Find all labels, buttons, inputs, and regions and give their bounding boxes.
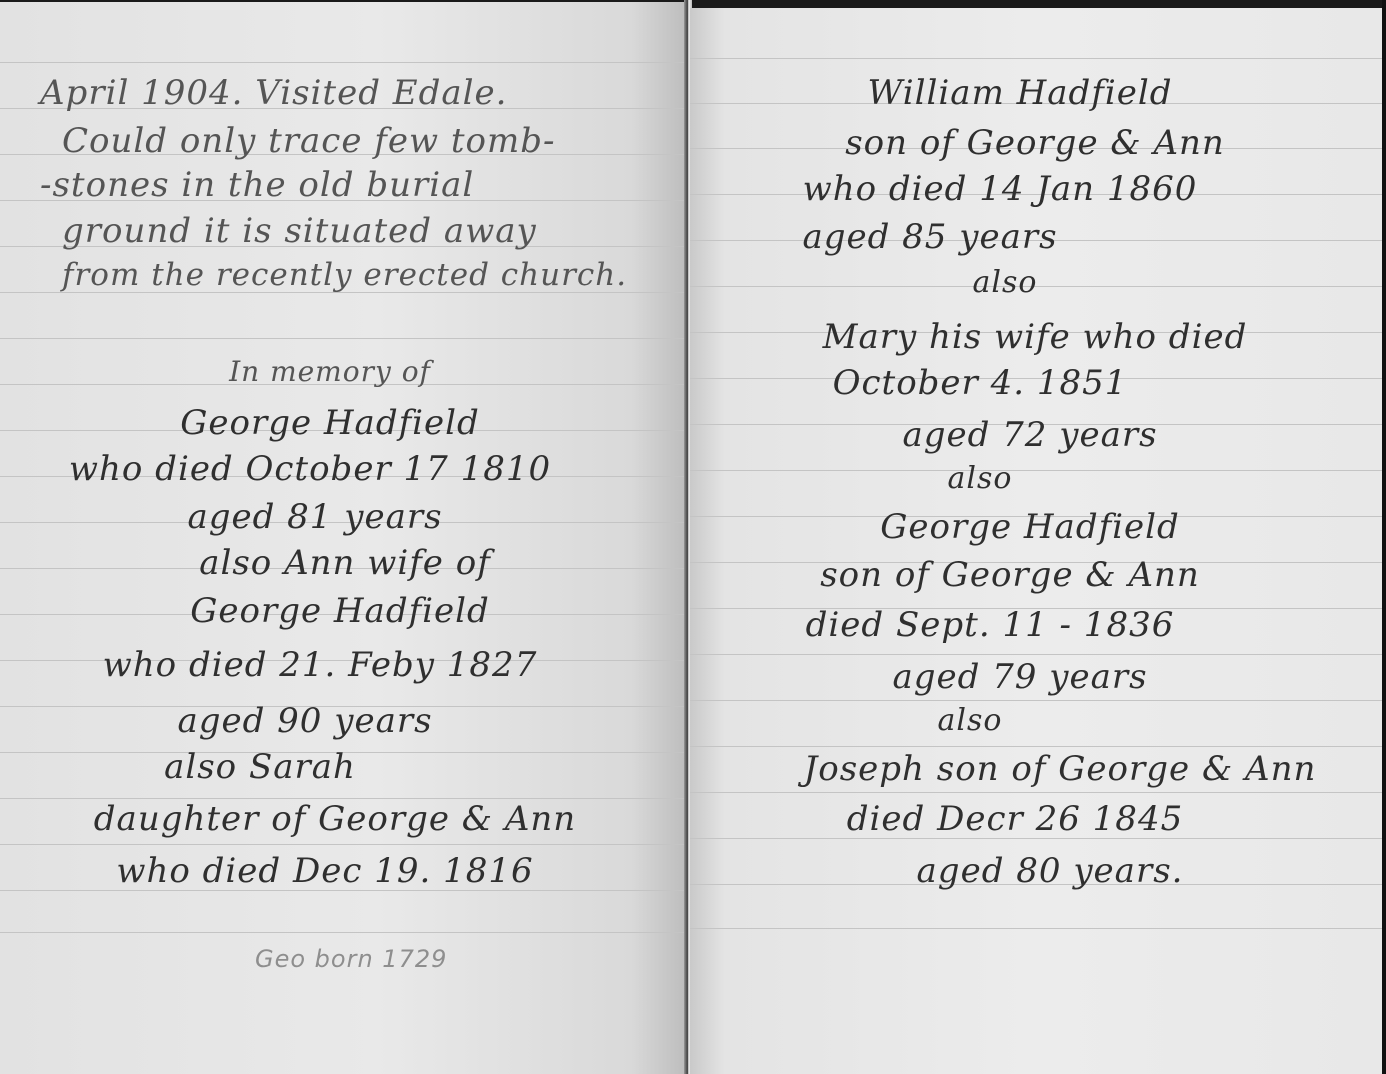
ruled-line — [0, 338, 686, 339]
ruled-line — [0, 844, 686, 845]
ruled-line — [690, 928, 1382, 929]
ruled-line — [0, 932, 686, 933]
left-page: April 1904. Visited Edale. Could only tr… — [0, 2, 686, 1074]
note-line: -stones in the old burial — [40, 168, 474, 202]
ruled-line — [690, 654, 1382, 655]
inscription-line: aged 72 years — [902, 418, 1157, 452]
inscription-line: daughter of George & Ann — [94, 802, 576, 836]
page-edge-shadow — [1382, 0, 1386, 1074]
inscription-line: aged 85 years — [802, 220, 1057, 254]
inscription-line: aged 81 years — [187, 500, 442, 534]
ruled-line — [690, 792, 1382, 793]
inscription-line: Joseph son of George & Ann — [804, 752, 1317, 786]
notebook-spread: April 1904. Visited Edale. Could only tr… — [0, 0, 1386, 1074]
inscription-line: who died 14 Jan 1860 — [803, 172, 1198, 206]
inscription-line: who died Dec 19. 1816 — [116, 854, 533, 888]
inscription-line: son of George & Ann — [845, 126, 1225, 160]
inscription-line: who died October 17 1810 — [69, 452, 551, 486]
ruled-line — [690, 58, 1382, 59]
inscription-line: October 4. 1851 — [833, 366, 1128, 400]
ruled-line — [690, 700, 1382, 701]
inscription-line: aged 80 years. — [917, 854, 1184, 888]
inscription-line: In memory of — [229, 358, 431, 386]
note-line: Could only trace few tomb- — [62, 124, 555, 158]
inscription-line: son of George & Ann — [820, 558, 1200, 592]
inscription-line: also — [938, 706, 1003, 736]
inscription-line: died Decr 26 1845 — [847, 802, 1183, 836]
note-line: from the recently erected church. — [62, 260, 627, 291]
inscription-line: George Hadfield — [180, 406, 480, 440]
note-line: ground it is situated away — [62, 214, 537, 248]
inscription-line: Mary his wife who died — [823, 320, 1248, 354]
inscription-line: also — [948, 464, 1013, 494]
ruled-line — [0, 62, 686, 63]
ruled-line — [690, 470, 1382, 471]
inscription-line: who died 21. Feby 1827 — [103, 648, 538, 682]
inscription-line: George Hadfield — [190, 594, 490, 628]
inscription-line: also — [973, 268, 1038, 298]
note-line: April 1904. Visited Edale. — [40, 76, 507, 110]
pencil-annotation: Geo born 1729 — [255, 947, 447, 971]
ruled-line — [690, 746, 1382, 747]
inscription-line: William Hadfield — [867, 76, 1172, 110]
inscription-line: aged 90 years — [177, 704, 432, 738]
inscription-line: also Ann wife of — [199, 546, 491, 580]
inscription-line: George Hadfield — [880, 510, 1180, 544]
inscription-line: died Sept. 11 - 1836 — [806, 608, 1175, 642]
right-page: William Hadfield son of George & Ann who… — [690, 8, 1382, 1074]
inscription-line: aged 79 years — [892, 660, 1147, 694]
inscription-line: also Sarah — [164, 750, 356, 784]
